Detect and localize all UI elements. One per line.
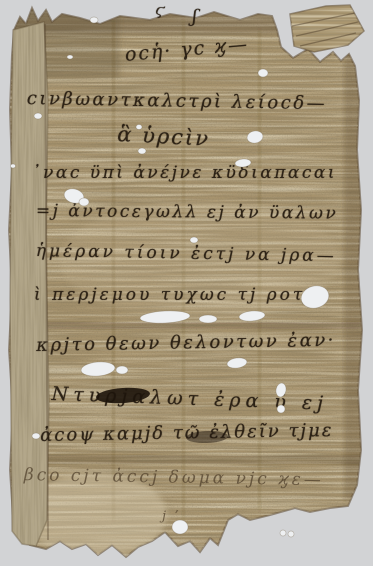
torn-hole — [288, 531, 294, 537]
torn-hole — [299, 283, 332, 311]
top-edge-shadow — [10, 8, 366, 34]
ink-blot — [186, 430, 228, 443]
light-patch-center — [60, 200, 340, 320]
greek-text-line: κρϳτο θεων θελοντων ἐαν· — [36, 330, 336, 356]
vertical-seam — [258, 30, 261, 510]
greek-text-line: βϲο ϲϳτ ἀϲϲϳ δωμα νϳϲ ϗε— — [24, 465, 324, 490]
torn-hole — [34, 113, 42, 119]
torn-hole — [275, 382, 287, 398]
torn-hole — [199, 315, 217, 323]
papyrus-texture — [0, 0, 373, 566]
greek-text-line: ᾽ναϲ ϋπὶ ἀνέϳνε κϋδιαπαϲαι — [32, 163, 337, 183]
fiber-noise-dark — [0, 0, 373, 566]
greek-text-line: ϲινβωαντκαλϲτρὶ λείοϲδ— — [27, 88, 328, 114]
strip-seam-line — [45, 24, 48, 540]
studio-background — [0, 0, 373, 566]
torn-hole — [277, 405, 285, 413]
fragment-fibers — [280, 0, 373, 60]
strip-vertical-fibers — [0, 0, 60, 566]
ink-blot — [96, 386, 151, 405]
right-edge-shadow — [344, 50, 366, 500]
greek-text-line: ἡμέραν τίοιν ἐϲτϳ να ϳρα— — [36, 241, 337, 266]
left-fiber-strip — [0, 0, 60, 566]
torn-hole — [79, 198, 89, 206]
greek-text-line: ϛ — [154, 0, 167, 19]
greek-text-line: ὶ περϳεμου τυχωϲ τϳ ροτϳ — [34, 285, 314, 305]
top-left-shadow — [10, 8, 120, 78]
papyrus-photo: ϛ ʃ οϲἡ· γϲ ϗ— ϲινβωαντκαλϲτρὶ λείοϲδ— ἃ… — [0, 0, 373, 566]
torn-hole — [136, 125, 142, 130]
torn-hole — [11, 164, 16, 168]
torn-hole — [80, 361, 115, 378]
torn-hole — [235, 158, 252, 167]
papyrus-sheet — [0, 0, 373, 566]
greek-text-line: ϳ ʼ — [162, 509, 180, 524]
torn-hole — [32, 433, 40, 439]
greek-text-line: =ϳ ἀντοϲεγωλλ εϳ ἀν ϋαλων — [36, 201, 338, 224]
papyrus-artifact — [0, 0, 373, 566]
torn-hole — [90, 17, 98, 23]
greek-text-line: οϲἡ· γϲ ϗ— — [124, 33, 250, 66]
left-strip-shape — [10, 22, 49, 546]
horizontal-crease — [12, 322, 362, 329]
greek-text-line: ἀϲοψ καμϳδ τῶ ἐλθεῖν τϳμε — [40, 420, 334, 446]
fragment-shape — [290, 5, 364, 52]
holes-layer — [0, 0, 373, 566]
greek-text-line: Ντυρϳαλωτ ἐρα ϋ εϳ — [51, 383, 328, 415]
vertical-seam — [112, 20, 115, 520]
torn-hole — [67, 55, 73, 59]
torn-hole — [138, 148, 146, 154]
torn-hole — [239, 310, 266, 322]
papyrus-sheet-shape — [9, 8, 362, 557]
greek-text-line: ἃ ὑρϲὶν — [117, 122, 211, 151]
fine-grain — [0, 0, 373, 566]
torn-hole — [226, 357, 247, 370]
fragment-streaks — [292, 12, 360, 46]
detached-corner-fragment — [280, 0, 373, 60]
horizontal-crease — [18, 455, 363, 464]
light-patch-bottom-left — [23, 473, 167, 557]
torn-hole — [116, 366, 128, 374]
torn-hole — [280, 530, 286, 536]
greek-text-layer: ϛ ʃ οϲἡ· γϲ ϗ— ϲινβωαντκαλϲτρὶ λείοϲδ— ἃ… — [0, 0, 373, 566]
torn-hole — [63, 187, 86, 206]
torn-hole — [258, 69, 268, 77]
torn-hole — [190, 237, 198, 243]
torn-hole — [172, 520, 188, 534]
fiber-noise-light — [0, 0, 373, 566]
fragment-fibers-light — [280, 0, 373, 60]
torn-hole — [140, 310, 191, 325]
greek-text-line: ʃ — [192, 6, 198, 27]
vertical-seam — [182, 20, 185, 520]
torn-hole — [246, 130, 264, 145]
